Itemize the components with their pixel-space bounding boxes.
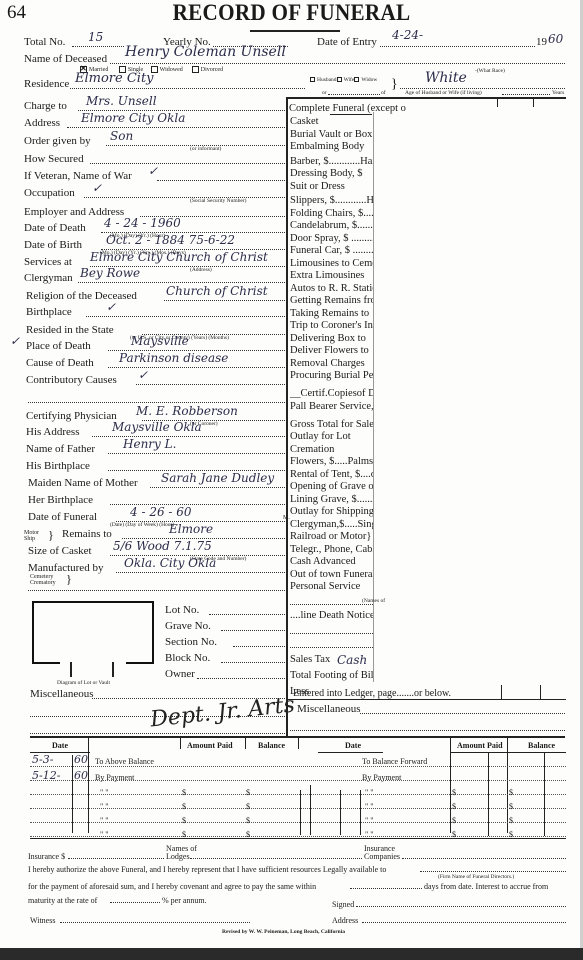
charge-item: Cremation [290, 444, 373, 456]
ledger-col-line [340, 790, 341, 835]
lot-field-line[interactable] [209, 614, 285, 615]
page-title: RECORD OF FUNERAL [23, 0, 559, 26]
panel-col-2 [533, 97, 534, 107]
field-label: If Veteran, Name of War [24, 170, 132, 183]
charge-item: Total Footing of Bill [290, 670, 373, 682]
ledger-col-line [450, 737, 451, 833]
field-value[interactable]: Elmore [169, 523, 213, 536]
charge-item: Funeral Car, $ ........Ar [290, 245, 373, 257]
misc-right-line-2 [290, 730, 565, 731]
lot-field-line[interactable] [233, 646, 285, 647]
ledger-col-line [298, 737, 299, 749]
date-of-entry-label: Date of Entry [317, 36, 377, 49]
charge-item: Telegr., Phone, Cable or [290, 544, 373, 556]
field-label: How Secured [24, 153, 84, 166]
field-label: Remains to [62, 528, 112, 541]
ledger-col-line [310, 785, 311, 835]
charge-item: Procuring Burial Permit [290, 370, 373, 382]
ledger-row-line[interactable] [30, 808, 566, 809]
ledger-ditto: " " [100, 788, 109, 797]
ledger-ditto-right: " " [365, 816, 374, 825]
companies-line [402, 858, 566, 859]
lot-field-label: Block No. [165, 652, 210, 665]
panel-crop-edge [373, 112, 374, 682]
lot-post-left [70, 662, 72, 677]
field-caption: (Date) (Day of Week) (Hour) [110, 522, 174, 528]
field-label: Religion of the Deceased [26, 290, 137, 303]
ledger-row-line[interactable] [30, 822, 566, 823]
currency-symbol: $ [452, 802, 456, 811]
field-label: Clergyman [24, 272, 73, 285]
field-line [28, 590, 285, 591]
currency-symbol: $ [182, 788, 186, 797]
field-label: Order given by [24, 135, 91, 148]
spouse-of: of [381, 90, 386, 96]
field-value[interactable]: Henry L. [123, 438, 176, 451]
charge-item [290, 625, 373, 634]
field-label: Date of Funeral [28, 511, 97, 524]
field-line [157, 180, 285, 181]
brace: } [391, 78, 398, 91]
ledger-col-line [245, 737, 246, 749]
charge-item: ....line Death Notices [290, 610, 373, 622]
date-of-entry-line [380, 46, 535, 47]
field-label: Resided in the State [26, 324, 114, 337]
motor-brace: } [48, 529, 54, 542]
field-value[interactable]: Okla. City Okla [124, 557, 216, 570]
charge-item: Casket [290, 116, 373, 128]
field-label: Date of Birth [24, 239, 82, 252]
charge-item: Trip to Coroner's Inquest [290, 320, 373, 332]
less-value[interactable]: Cash [337, 654, 367, 667]
witness-line[interactable] [60, 922, 250, 923]
ledger-col-line [180, 737, 181, 749]
charge-item: Taking Remains to [290, 308, 373, 320]
year-prefix: 19 [536, 36, 547, 49]
heading-underline [330, 114, 372, 115]
field-line [28, 402, 285, 403]
currency-symbol: $ [452, 816, 456, 825]
companies-label: InsuranceCompanies [364, 845, 400, 861]
cemetery-brace: } [66, 573, 72, 586]
field-line [86, 316, 285, 317]
field-line [108, 453, 285, 454]
charge-item: Barber, $............Hai [290, 156, 373, 168]
charge-item: Railroad or Motor} Tickets, $ [290, 531, 373, 543]
field-line [92, 436, 285, 437]
field-label: His Address [26, 426, 79, 439]
charge-item: Gross Total for Sales Ta [290, 419, 373, 431]
field-label: Date of Death [24, 222, 86, 235]
charge-item: Autos to R. R. Station [290, 283, 373, 295]
ledger-left-amount-header: Amount Paid [187, 741, 233, 750]
charge-item: __Certif.Copiesof Death [290, 388, 373, 400]
title-underline [250, 30, 340, 32]
field-label: Place of Death [26, 340, 91, 353]
scan-bottom-edge [0, 948, 583, 960]
field-label: Her Birthplace [28, 494, 93, 507]
field-label: Address [24, 117, 60, 130]
widowed-checkbox[interactable]: Widowed [151, 67, 183, 73]
panel-top-border [286, 97, 566, 99]
spouse-or-line [328, 94, 380, 95]
charge-item: Pall Bearer Service, $ [290, 401, 373, 413]
address-label: Address [332, 916, 358, 925]
ledger-ditto-right: " " [365, 802, 374, 811]
field-value[interactable]: Elmore City Okla [81, 112, 185, 125]
field-line [78, 282, 285, 283]
lot-field-label: Owner [165, 668, 195, 681]
field-label: Services at [24, 256, 72, 269]
total-no-label: Total No. [24, 36, 65, 49]
charge-item: Embalming Body [290, 141, 373, 153]
charge-item: Extra Limousines [290, 270, 373, 282]
field-value[interactable]: Sarah Jane Dudley [161, 472, 274, 485]
field-caption: (Address) [190, 267, 212, 273]
lot-post-right [112, 662, 114, 677]
percent-text: % per annum. [162, 896, 207, 905]
charge-item: Deliver Flowers to [290, 345, 373, 357]
ledger-left-date-header: Date [52, 741, 68, 750]
ledger-desc: To Above Balance [95, 757, 154, 766]
currency-symbol: $ [182, 816, 186, 825]
currency-symbol: $ [182, 802, 186, 811]
ledger-right-amount-header: Amount Paid [457, 741, 503, 750]
lot-field-line[interactable] [221, 630, 285, 631]
ledger-row-line[interactable] [30, 766, 566, 767]
ledger-rule [286, 699, 566, 700]
year-value[interactable]: 60 [548, 33, 563, 46]
ledger-tick-1 [501, 685, 502, 699]
charge-item: Cash Advanced [290, 556, 373, 568]
charge-item: Candelabrum, $........C [290, 220, 373, 232]
field-value[interactable]: Mrs. Unsell [86, 95, 157, 108]
spouse-or: or [322, 90, 327, 96]
ledger-date-value[interactable]: 5-3- [32, 753, 53, 766]
insurance-label: Insurance $ [28, 852, 65, 861]
cemetery-crematory-label: CemeteryCrematory [30, 574, 56, 586]
field-value[interactable]: 4 - 26 - 60 [130, 506, 192, 519]
divorced-checkbox[interactable]: Divorced [192, 67, 223, 73]
insurance-line [68, 858, 164, 859]
charge-item: Limousines to Cemetery [290, 258, 373, 270]
currency-symbol: $ [509, 816, 513, 825]
ledger-ditto: " " [100, 802, 109, 811]
charge-item: Rental of Tent, $....of T [290, 469, 373, 481]
lot-field-label: Lot No. [165, 604, 199, 617]
currency-symbol: $ [452, 788, 456, 797]
name-of-deceased-value[interactable]: Henry Coleman Unsell [125, 46, 286, 59]
revised-by: Revised by W. W. Peineman, Long Beach, C… [222, 929, 345, 935]
race-value[interactable]: White [425, 72, 467, 85]
age-years: Years [552, 90, 564, 96]
field-value[interactable]: Bey Rowe [80, 267, 140, 280]
rate-line [110, 902, 160, 903]
misc-right-line-1 [360, 713, 565, 714]
charge-item: Delivering Box to [290, 333, 373, 345]
field-line [136, 384, 285, 385]
ledger-row-line[interactable] [30, 794, 566, 795]
age-caption: Age of Husband or Wife (if living) [405, 90, 482, 96]
field-line [90, 163, 285, 164]
field-value[interactable]: Parkinson disease [119, 352, 228, 365]
field-caption: (Social Security Number) [190, 198, 247, 204]
currency-symbol: $ [246, 788, 250, 797]
field-value[interactable]: ✓ [138, 369, 148, 382]
race-line [400, 88, 565, 89]
field-label: Occupation [24, 187, 75, 200]
charge-item: Burial Vault or Box [290, 129, 373, 141]
field-value[interactable]: M. E. Robberson [136, 405, 238, 418]
ledger-ditto-right: " " [365, 788, 374, 797]
charge-item [290, 639, 373, 648]
payment-text: for the payment of aforesaid sum, and I … [28, 882, 316, 891]
residence-line [70, 88, 305, 89]
charge-item: Outlay for Shipping Cha [290, 506, 373, 518]
charge-item: Folding Chairs, $.......T [290, 208, 373, 220]
currency-symbol: $ [509, 802, 513, 811]
lot-field-line[interactable] [197, 678, 285, 679]
currency-symbol: $ [246, 816, 250, 825]
lot-field-line[interactable] [221, 662, 285, 663]
field-label: Name of Father [26, 443, 95, 456]
field-label: His Birthplace [26, 460, 90, 473]
residence-label: Residence [24, 78, 69, 91]
race-caption: -(What Race) [475, 68, 505, 74]
lodges-line [190, 858, 362, 859]
charge-item: Slippers, $............H [290, 195, 373, 207]
ledger-left-balance-header: Balance [258, 741, 285, 750]
charge-item: Outlay for Lot [290, 431, 373, 443]
charge-item: Suit or Dress [290, 181, 373, 193]
widow-checkbox[interactable] [354, 77, 359, 82]
charge-item: Out of town Funeral Di [290, 569, 373, 581]
currency-symbol: $ [509, 788, 513, 797]
charge-item: Getting Remains from [290, 295, 373, 307]
ledger-bottom-rule [30, 838, 566, 839]
name-of-deceased-label: Name of Deceased [24, 53, 107, 66]
field-value[interactable]: ✓ [92, 182, 102, 195]
days-text: days from date. Interest to accrue from [424, 882, 548, 891]
ledger-row-line[interactable] [30, 780, 566, 781]
field-value[interactable]: 4 - 24 - 1960 [104, 217, 181, 230]
charge-item: Lining Grave, $......La [290, 494, 373, 506]
funeral-record-page: 64 RECORD OF FUNERAL Total No. 15 Yearly… [0, 0, 583, 960]
ledger-right-balance-header: Balance [528, 741, 555, 750]
field-label: Cause of Death [26, 357, 94, 370]
checkbox-icon[interactable] [192, 66, 199, 73]
miscellaneous-right-label: Miscellaneous [297, 703, 361, 716]
field-line [108, 367, 285, 368]
spouse-options: HusbandWifeWidow [310, 76, 377, 85]
firm-caption: (Firm Name of Funeral Directors.) [438, 874, 514, 880]
ledger-ditto: " " [100, 816, 109, 825]
currency-symbol: $ [246, 802, 250, 811]
field-label: Maiden Name of Mother [28, 477, 138, 490]
days-line [350, 888, 422, 889]
names-caption: (Names of [362, 598, 385, 604]
ledger-row-line[interactable] [30, 836, 566, 837]
field-label: Size of Casket [28, 545, 92, 558]
name-line [110, 63, 565, 64]
lot-field-label: Section No. [165, 636, 217, 649]
field-line [116, 572, 285, 573]
field-label: Contributory Causes [26, 374, 117, 387]
ledger-year-value[interactable]: 60 [74, 753, 88, 766]
charge-item: Removal Charges [290, 358, 373, 370]
motor-ship-label: MotorShip [24, 530, 39, 542]
total-no-value[interactable]: 15 [88, 31, 103, 44]
field-line [84, 197, 285, 198]
firm-line [420, 871, 566, 872]
charge-item: Door Spray, $ .........C [290, 233, 373, 245]
residence-value[interactable]: Elmore City [75, 72, 154, 85]
field-value[interactable]: Maysville [131, 335, 189, 348]
charge-item: Personal Service [290, 581, 373, 593]
field-value[interactable]: Son [110, 130, 133, 143]
total-no-line [72, 46, 124, 47]
ledger-col-line [507, 737, 508, 833]
lot-field-label: Grave No. [165, 620, 211, 633]
field-value[interactable]: ✓ [106, 301, 116, 314]
authorize-text: I hereby authorize the above Funeral, an… [28, 865, 386, 874]
field-label: Birthplace [26, 306, 72, 319]
miscellaneous-label: Miscellaneous [30, 688, 94, 701]
field-caption: (or informant) [190, 146, 221, 152]
address-line[interactable] [362, 922, 566, 923]
ledger-desc-right: To Balance Forward [362, 757, 427, 766]
maturity-text: maturity at the rate of [28, 896, 97, 905]
charge-item: Opening of Grave or To [290, 481, 373, 493]
ledger-col-line [88, 737, 89, 833]
field-value[interactable]: Church of Christ [166, 285, 268, 298]
ledger-right-date-header: Date [345, 741, 361, 750]
field-value[interactable]: ✓ [148, 165, 158, 178]
signed-label: Signed [332, 900, 354, 909]
age-line [502, 94, 550, 95]
charge-item: Clergyman,$.....Singer [290, 519, 373, 531]
field-value[interactable]: Oct. 2 - 1884 75-6-22 [106, 234, 235, 247]
field-line [150, 487, 285, 488]
lot-diagram-caption: Diagram of Lot or Vault [57, 680, 110, 686]
panel-left-border [286, 97, 288, 737]
ledger-col-line [300, 790, 301, 835]
date-of-entry-value[interactable]: 4-24- [392, 29, 423, 42]
field-line [164, 300, 285, 301]
field-value[interactable]: Maysville Okla [112, 421, 202, 434]
ledger-col-line [360, 790, 361, 835]
field-line [67, 127, 285, 128]
misc-line-3 [30, 733, 287, 734]
wife-checkbox[interactable] [337, 77, 342, 82]
field-label: Charge to [24, 100, 67, 113]
field-value[interactable]: Elmore City Church of Christ [90, 251, 268, 264]
checkmark-icon: ✓ [10, 335, 20, 348]
ledger-tick-2 [540, 685, 541, 699]
charge-item: Dressing Body, $ [290, 168, 373, 180]
charge-item [290, 596, 373, 605]
field-label: Certifying Physician [26, 410, 117, 423]
panel-col-1 [497, 97, 498, 107]
charge-item: Flowers, $.....Palms, $ [290, 456, 373, 468]
signed-line[interactable] [356, 906, 566, 907]
lot-diagram-box [32, 601, 154, 664]
field-value[interactable]: 5/6 Wood 7.1.75 [113, 540, 212, 553]
witness-label: Witness [30, 916, 55, 925]
date-header-rule-right [318, 752, 383, 753]
husband-checkbox[interactable] [310, 77, 315, 82]
